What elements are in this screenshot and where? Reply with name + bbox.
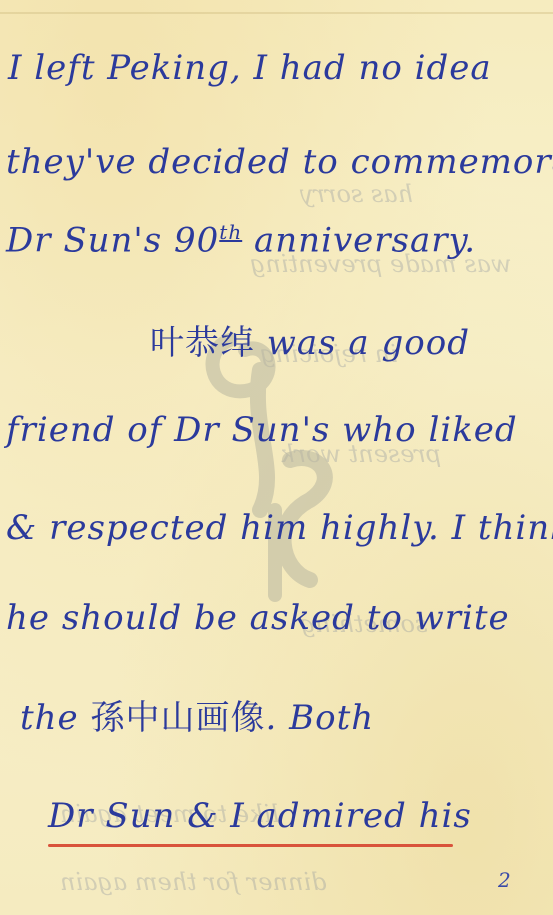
letter-line-5: friend of Dr Sun's who liked (6, 410, 518, 450)
line-3-suffix: anniversary. (242, 220, 476, 260)
line-3-prefix: Dr Sun's 90 (6, 220, 219, 260)
letter-page: has sorry was made preventing in rejoici… (0, 0, 553, 915)
letter-line-7: he should be asked to write (6, 598, 510, 638)
letter-line-3: Dr Sun's 90th anniversary. (6, 220, 476, 260)
letter-line-8: the 孫中山画像. Both (20, 690, 374, 739)
chinese-name: 叶恭绰 (150, 323, 255, 363)
paper-edge (0, 12, 553, 14)
letter-line-4: 叶恭绰 was a good (150, 315, 470, 364)
red-underline (48, 844, 453, 847)
line-8-prefix: the (20, 698, 91, 738)
bleed-through-text: has sorry (300, 180, 413, 208)
line-8-suffix: . Both (266, 698, 375, 738)
bleed-through-text: dinner for them again (60, 868, 327, 896)
letter-line-2: they've decided to commemorate (6, 142, 553, 182)
letter-line-9: Dr Sun & I admired his (48, 796, 472, 836)
chinese-title: 孫中山画像 (91, 698, 266, 738)
letter-line-6: & respected him highly. I think (6, 508, 553, 548)
ordinal-suffix: th (219, 220, 242, 244)
page-number: 2 (498, 868, 511, 892)
letter-line-1: I left Peking, I had no idea (8, 48, 492, 88)
line-4-text: was a good (255, 323, 470, 363)
